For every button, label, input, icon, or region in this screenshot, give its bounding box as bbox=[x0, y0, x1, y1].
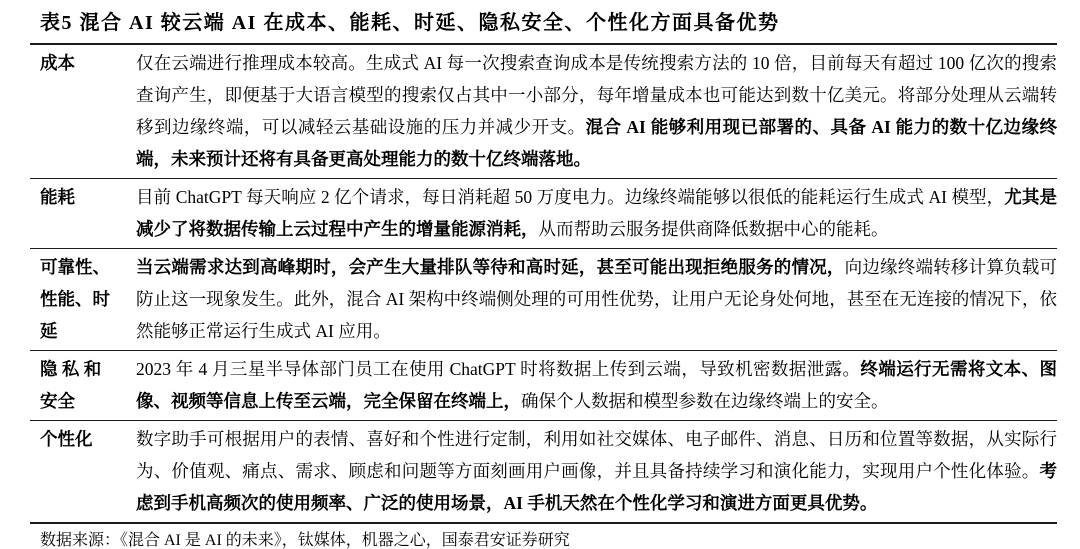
row-content: 数字助手可根据用户的表情、喜好和个性进行定制，利用如社交媒体、电子邮件、消息、日… bbox=[136, 423, 1057, 519]
content-segment: 2023 年 4 月三星半导体部门员工在使用 ChatGPT 时将数据上传到云端… bbox=[136, 359, 860, 379]
advantage-table: 成本仅在云端进行推理成本较高。生成式 AI 每一次搜索查询成本是传统搜索方法的 … bbox=[30, 43, 1057, 524]
content-segment: 数字助手可根据用户的表情、喜好和个性进行定制，利用如社交媒体、电子邮件、消息、日… bbox=[136, 429, 1057, 481]
table-row: 个性化数字助手可根据用户的表情、喜好和个性进行定制，利用如社交媒体、电子邮件、消… bbox=[30, 421, 1057, 522]
table-title: 表5 混合 AI 较云端 AI 在成本、能耗、时延、隐私安全、个性化方面具备优势 bbox=[30, 8, 1057, 43]
row-content: 2023 年 4 月三星半导体部门员工在使用 ChatGPT 时将数据上传到云端… bbox=[136, 353, 1057, 417]
row-label: 个性化 bbox=[40, 423, 124, 519]
row-content: 目前 ChatGPT 每天响应 2 亿个请求，每日消耗超 50 万度电力。边缘终… bbox=[136, 181, 1057, 245]
content-segment: 目前 ChatGPT 每天响应 2 亿个请求，每日消耗超 50 万度电力。边缘终… bbox=[136, 187, 1004, 207]
row-content: 仅在云端进行推理成本较高。生成式 AI 每一次搜索查询成本是传统搜索方法的 10… bbox=[136, 47, 1057, 175]
content-segment: 从而帮助云服务提供商降低数据中心的能耗。 bbox=[539, 219, 889, 239]
table-row: 隐 私 和 安全2023 年 4 月三星半导体部门员工在使用 ChatGPT 时… bbox=[30, 351, 1057, 421]
row-label: 成本 bbox=[40, 47, 124, 175]
content-segment: 确保个人数据和模型参数在边缘终端上的安全。 bbox=[521, 391, 889, 411]
report-table-figure: 表5 混合 AI 较云端 AI 在成本、能耗、时延、隐私安全、个性化方面具备优势… bbox=[0, 0, 1080, 549]
row-content: 当云端需求达到高峰期时，会产生大量排队等待和高时延，甚至可能出现拒绝服务的情况，… bbox=[136, 251, 1057, 347]
content-segment-bold: 当云端需求达到高峰期时，会产生大量排队等待和高时延，甚至可能出现拒绝服务的情况， bbox=[136, 257, 845, 277]
table-row: 成本仅在云端进行推理成本较高。生成式 AI 每一次搜索查询成本是传统搜索方法的 … bbox=[30, 45, 1057, 179]
table-row: 可靠性、 性能、时 延当云端需求达到高峰期时，会产生大量排队等待和高时延，甚至可… bbox=[30, 249, 1057, 351]
row-label: 隐 私 和 安全 bbox=[40, 353, 124, 417]
data-source-note: 数据来源：《混合 AI 是 AI 的未来》，钛媒体，机器之心，国泰君安证券研究 bbox=[30, 524, 1057, 549]
row-label: 能耗 bbox=[40, 181, 124, 245]
table-row: 能耗目前 ChatGPT 每天响应 2 亿个请求，每日消耗超 50 万度电力。边… bbox=[30, 179, 1057, 249]
row-label: 可靠性、 性能、时 延 bbox=[40, 251, 124, 347]
